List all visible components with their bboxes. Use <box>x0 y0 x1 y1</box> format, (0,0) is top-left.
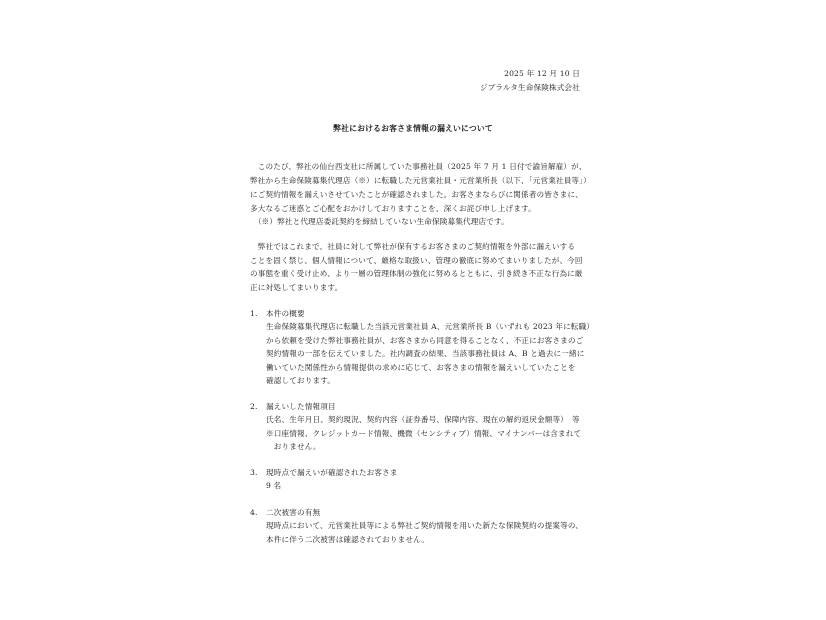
policy-line: 弊社ではこれまで、社員に対して弊社が保有するお客さまのご契約情報を外部に漏えいす… <box>250 242 575 252</box>
section-line: 現時点において、元営業社員等による弊社ご契約情報を用いた新たな保険契約の提案等の… <box>266 521 583 531</box>
policy-line: 正に対処してまいります。 <box>250 283 342 293</box>
section-line: 働いていた関係性から情報提供の求めに応じて、お客さまの情報を漏えいしていたことを <box>266 363 576 373</box>
intro-note: （※）弊社と代理店委託契約を締結していない生命保険募集代理店です。 <box>250 217 509 227</box>
section-line: 生命保険募集代理店に転職した当該元営業社員 A、元営業所長 B（いずれも 202… <box>266 322 594 332</box>
section-line: 確認しております。 <box>266 376 335 386</box>
section-heading: 二次被害の有無 <box>266 508 320 518</box>
section-number: 2. <box>250 402 258 412</box>
section-number: 3. <box>250 468 258 478</box>
section-line: おりません。 <box>266 442 321 452</box>
section-heading: 本件の概要 <box>266 309 305 319</box>
document-date: 2025 年 12 月 10 日 <box>504 69 580 79</box>
section-heading: 漏えいした情報項目 <box>266 402 336 412</box>
section-line: から依頼を受けた弊社事務社員が、お客さまから同意を得ることなく、不正にお客さまの… <box>266 336 583 346</box>
section-line: 氏名、生年月日、契約現況、契約内容（証券番号、保障内容、現在の解約返戻金額等） … <box>266 415 580 425</box>
intro-line: にご契約情報を漏えいさせていたことが確認されました。お客さまならびに関係者の皆さ… <box>250 190 583 200</box>
intro-line: 弊社から生命保険募集代理店（※）に転職した元営業社員・元営業所長（以下、「元営業… <box>250 176 591 186</box>
company-name: ジブラルタ生命保険株式会社 <box>480 83 580 93</box>
section-line: ※口座情報、クレジットカード情報、機微（センシティブ）情報、マイナンバーは含まれ… <box>266 429 581 439</box>
intro-line: このたび、弊社の仙台西支社に所属していた事務社員（2025 年 7 月 1 日付… <box>250 162 587 172</box>
policy-line: ことを固く禁じ、個人情報について、厳格な取扱い、管理の徹底に努めてまいりましたが… <box>250 256 583 266</box>
intro-line: 多大なるご迷惑とご心配をおかけしておりますことを、深くお詫び申し上げます。 <box>250 204 536 214</box>
section-number: 1. <box>250 309 258 319</box>
section-number: 4. <box>250 508 258 518</box>
section-line: 契約情報の一部を伝えていました。社内調査の結果、当該事務社員は A、B と過去に… <box>266 349 585 359</box>
policy-line: の事態を重く受け止め、より一層の管理体制の強化に努めるとともに、引き続き不正な行… <box>250 269 583 279</box>
affected-count: 9 名 <box>266 481 281 491</box>
section-line: 本件に伴う二次被害は確認されておりません。 <box>266 535 429 545</box>
document-page: 2025 年 12 月 10 日 ジブラルタ生命保険株式会社 弊社におけるお客さ… <box>0 0 826 620</box>
document-title: 弊社におけるお客さま情報の漏えいについて <box>0 123 826 134</box>
section-heading: 現時点で漏えいが確認されたお客さま <box>266 468 398 478</box>
